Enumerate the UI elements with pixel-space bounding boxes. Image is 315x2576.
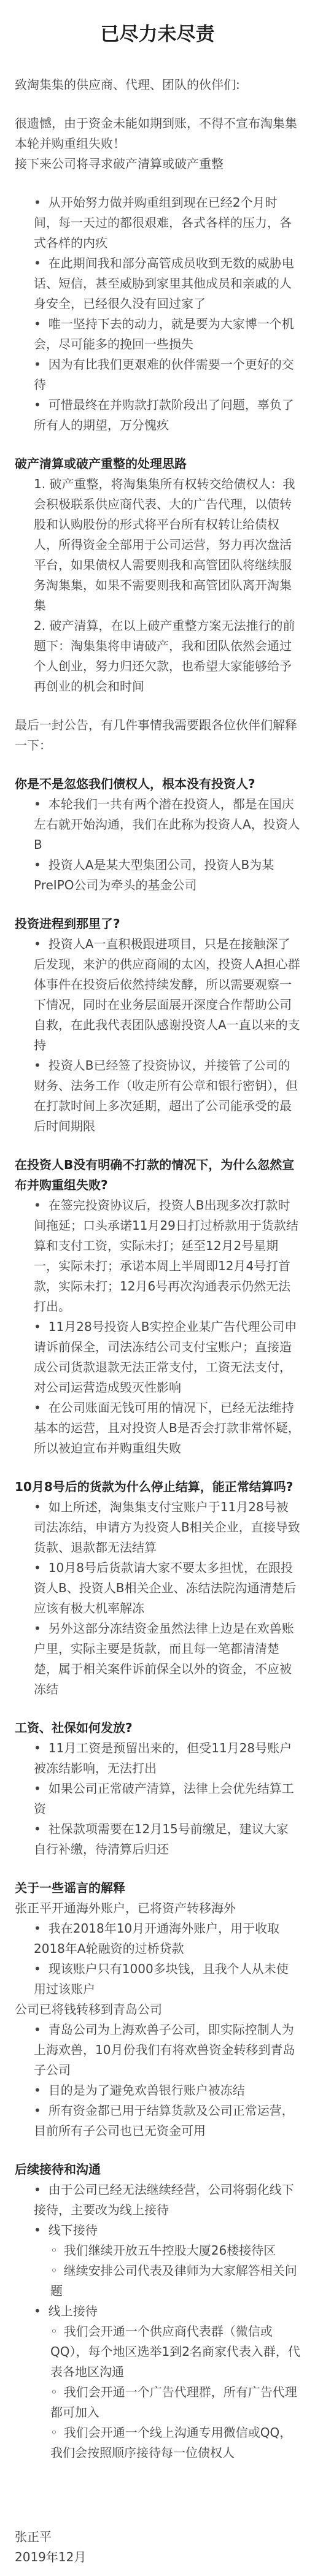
spacer <box>15 697 300 715</box>
bullet-icon: • <box>34 355 41 375</box>
bullet-item: •所有资金都已用于结算货款及公司正常运营，目前所有子公司也已无资金可用 <box>34 2101 300 2141</box>
sub-bullet-icon: ◦ <box>50 2241 58 2261</box>
bullet-item: •因为有比我们更艰难的伙伴需要一个更好的交待 <box>34 355 300 395</box>
bullet-item: •线上接待 <box>34 2301 300 2321</box>
paragraph: 最后一封公告，有几件事情我需要跟各位伙伴们解释一下： <box>15 715 300 756</box>
bullet-icon: • <box>34 1819 41 1839</box>
spacer <box>15 1459 300 1477</box>
bullet-icon: • <box>34 934 41 954</box>
section-heading: 你是不是忽悠我们债权人，根本没有投资人? <box>15 774 300 794</box>
bullet-icon: • <box>34 2080 41 2101</box>
bullet-icon: • <box>34 193 41 213</box>
bullet-item: •线下接待 <box>34 2220 300 2241</box>
bullet-item: •在公司账面无钱可用的情况下，已经无法维持基本的运营，且对投资人B是否会打款非常… <box>34 1398 300 1459</box>
bullet-icon: • <box>34 1558 41 1578</box>
bullet-icon: • <box>34 1398 41 1418</box>
bullet-item: •青岛公司为上海欢兽子公司，即实际控制人为上海欢兽，10月份我们有将欢兽资金转移… <box>34 2020 300 2080</box>
bullet-icon: • <box>34 855 41 875</box>
sub-bullet-icon: ◦ <box>50 2423 58 2443</box>
section-heading: 后续接待和沟通 <box>15 2160 300 2180</box>
bullet-icon: • <box>34 1959 41 1979</box>
bullet-item: •目的是为了避免欢兽银行账户被冻结 <box>34 2080 300 2101</box>
spacer <box>15 174 300 193</box>
sub-bullet-icon: ◦ <box>50 2382 58 2402</box>
bullet-icon: • <box>34 1497 41 1517</box>
spacer <box>15 95 300 113</box>
bullet-icon: • <box>34 2301 41 2321</box>
bullet-icon: • <box>34 2020 41 2040</box>
numbered-item: 2. 破产清算，在以上破产重整方案无法推行的前题下：淘集集将申请破产，我和团队依… <box>34 616 300 697</box>
bullet-item: •投资人A是某大型集团公司，投资人B为某PreIPO公司为牵头的基金公司 <box>34 855 300 895</box>
numbered-item: 1. 破产重整，将淘集集所有权转交给债权人：我会积极联系供应商代表、大的广告代理… <box>34 474 300 616</box>
bullet-icon: • <box>34 1056 41 1076</box>
section-heading: 10月8号后的货款为什么停止结算，能正常结算吗? <box>15 1477 300 1497</box>
section-heading: 关于一些谣言的解释 <box>15 1878 300 1898</box>
bullet-item: •另外这部分冻结资金虽然法律上边是在欢兽账户里，实际主要是货款，而且每一笔都清清… <box>34 1619 300 1700</box>
document-body: 致淘集集的供应商、代理、团队的伙伴们:很遗憾，由于资金未能如期到账，不得不宣布淘… <box>15 75 300 2463</box>
bullet-icon: • <box>34 395 41 415</box>
sub-bullet-item: ◦我们继续开放五牛控股大厦26楼接待区 <box>50 2241 300 2261</box>
bullet-icon: • <box>34 794 41 815</box>
signature-date: 2019年12月 <box>15 2547 300 2567</box>
signature-name: 张正平 <box>15 2527 300 2547</box>
signature: 张正平 2019年12月 <box>15 2527 300 2567</box>
bullet-icon: • <box>34 2180 41 2200</box>
spacer <box>15 2141 300 2160</box>
bullet-item: •10月8号后货款请大家不要太多担忧，在跟投资人B、投资人B相关企业、冻结法院沟… <box>34 1558 300 1619</box>
paragraph: 张正平开通海外账户，已将资产转移海外 <box>15 1898 300 1919</box>
paragraph: 公司已将钱转移到青岛公司 <box>15 1999 300 2020</box>
section-heading: 在投资人B没有明确不打款的情况下，为什么忽然宣布并购重组失败? <box>15 1155 300 1195</box>
sub-bullet-item: ◦继续安排公司代表及律师为大家解答相关问题 <box>50 2261 300 2301</box>
sub-bullet-item: ◦我们会开通一个供应商代表群（微信或QQ），每个地区选举1到2名商家代表入群，代… <box>50 2321 300 2382</box>
bullet-item: •现该账户只有1000多块钱，且我个人从未使用过该账户 <box>34 1959 300 1999</box>
spacer <box>15 1700 300 1718</box>
bullet-item: •投资人A一直积极跟进项目，只是在接触深了后发现，来沪的供应商闹的太凶，投资人A… <box>34 934 300 1056</box>
sub-bullet-item: ◦我们会开通一个线上沟通专用微信或QQ，我们会按照顺序接待每一位债权人 <box>50 2423 300 2463</box>
sub-bullet-icon: ◦ <box>50 2261 58 2281</box>
bullet-item: •可惜最终在并购款打款阶段出了问题，辜负了所有人的期望，万分愧疚 <box>34 395 300 435</box>
bullet-icon: • <box>34 2101 41 2121</box>
bullet-item: •如上所述，淘集集支付宝账户于11月28号被司法冻结，申请方为投资人B相关企业，… <box>34 1497 300 1558</box>
section-heading: 投资进程到那里了? <box>15 914 300 934</box>
bullet-item: •投资人B已经签了投资协议，并接管了公司的财务、法务工作（收走所有公章和银行密钥… <box>34 1056 300 1137</box>
bullet-item: •在此期间我和部分高管成员收到无数的威胁电话、短信，甚至威胁到家里其他成员和亲戚… <box>34 253 300 314</box>
section-heading: 工资、社保如何发放? <box>15 1718 300 1738</box>
bullet-item: •在签完投资协议后，投资人B出现多次打款时间拖延；口头承诺11月29日打过桥款用… <box>34 1195 300 1317</box>
sub-bullet-icon: ◦ <box>50 2321 58 2342</box>
bullet-icon: • <box>34 1738 41 1758</box>
bullet-item: •我在2018年10月开通海外账户，用于收取2018年A轮融资的过桥贷款 <box>34 1919 300 1959</box>
bullet-item: •11月工资是预留出来的，但受11月28号账户被冻结影响，无法打出 <box>34 1738 300 1779</box>
bullet-icon: • <box>34 1779 41 1799</box>
bullet-icon: • <box>34 253 41 274</box>
page-title: 已尽力未尽责 <box>15 21 300 48</box>
bullet-item: •从开始努力做并购重组到现在已经2个月时间，每一天过的都很艰难，各式各样的压力，… <box>34 193 300 253</box>
section-heading: 破产清算或破产重整的处理思路 <box>15 454 300 474</box>
bullet-item: •本轮我们一共有两个潜在投资人，都是在国庆左右就开始沟通，我们在此称为投资人A，… <box>34 794 300 855</box>
spacer <box>15 1860 300 1878</box>
document: 已尽力未尽责 致淘集集的供应商、代理、团队的伙伴们:很遗憾，由于资金未能如期到账… <box>0 0 315 2576</box>
bullet-icon: • <box>34 1195 41 1216</box>
bullet-icon: • <box>34 1919 41 1939</box>
bullet-icon: • <box>34 314 41 334</box>
paragraph: 致淘集集的供应商、代理、团队的伙伴们: <box>15 75 300 95</box>
spacer <box>15 756 300 774</box>
spacer <box>15 895 300 914</box>
sub-bullet-item: ◦我们会开通一个广告代理群，所有广告代理都可加入 <box>50 2382 300 2423</box>
bullet-item: •唯一坚持下去的动力，就是要为大家博一个机会，尽可能多的挽回一些损失 <box>34 314 300 355</box>
bullet-item: •由于公司已经无法继续经营，公司将弱化线下接待，主要改为线上接待 <box>34 2180 300 2220</box>
bullet-icon: • <box>34 1619 41 1639</box>
bullet-item: •社保款项需要在12月15号前缴足，建议大家自行补缴，待清算后归还 <box>34 1819 300 1860</box>
spacer <box>15 435 300 454</box>
bullet-item: •如果公司正常破产清算，法律上会优先结算工资 <box>34 1779 300 1819</box>
paragraph: 接下来公司将寻求破产清算或破产重整 <box>15 154 300 174</box>
bullet-icon: • <box>34 2220 41 2241</box>
bullet-item: •11月28号投资人B实控企业某广告代理公司申请诉前保全，司法冻结公司支付宝账户… <box>34 1317 300 1398</box>
bullet-icon: • <box>34 1317 41 1337</box>
spacer <box>15 1137 300 1155</box>
paragraph: 很遗憾，由于资金未能如期到账，不得不宣布淘集集本轮并购重组失败！ <box>15 113 300 154</box>
